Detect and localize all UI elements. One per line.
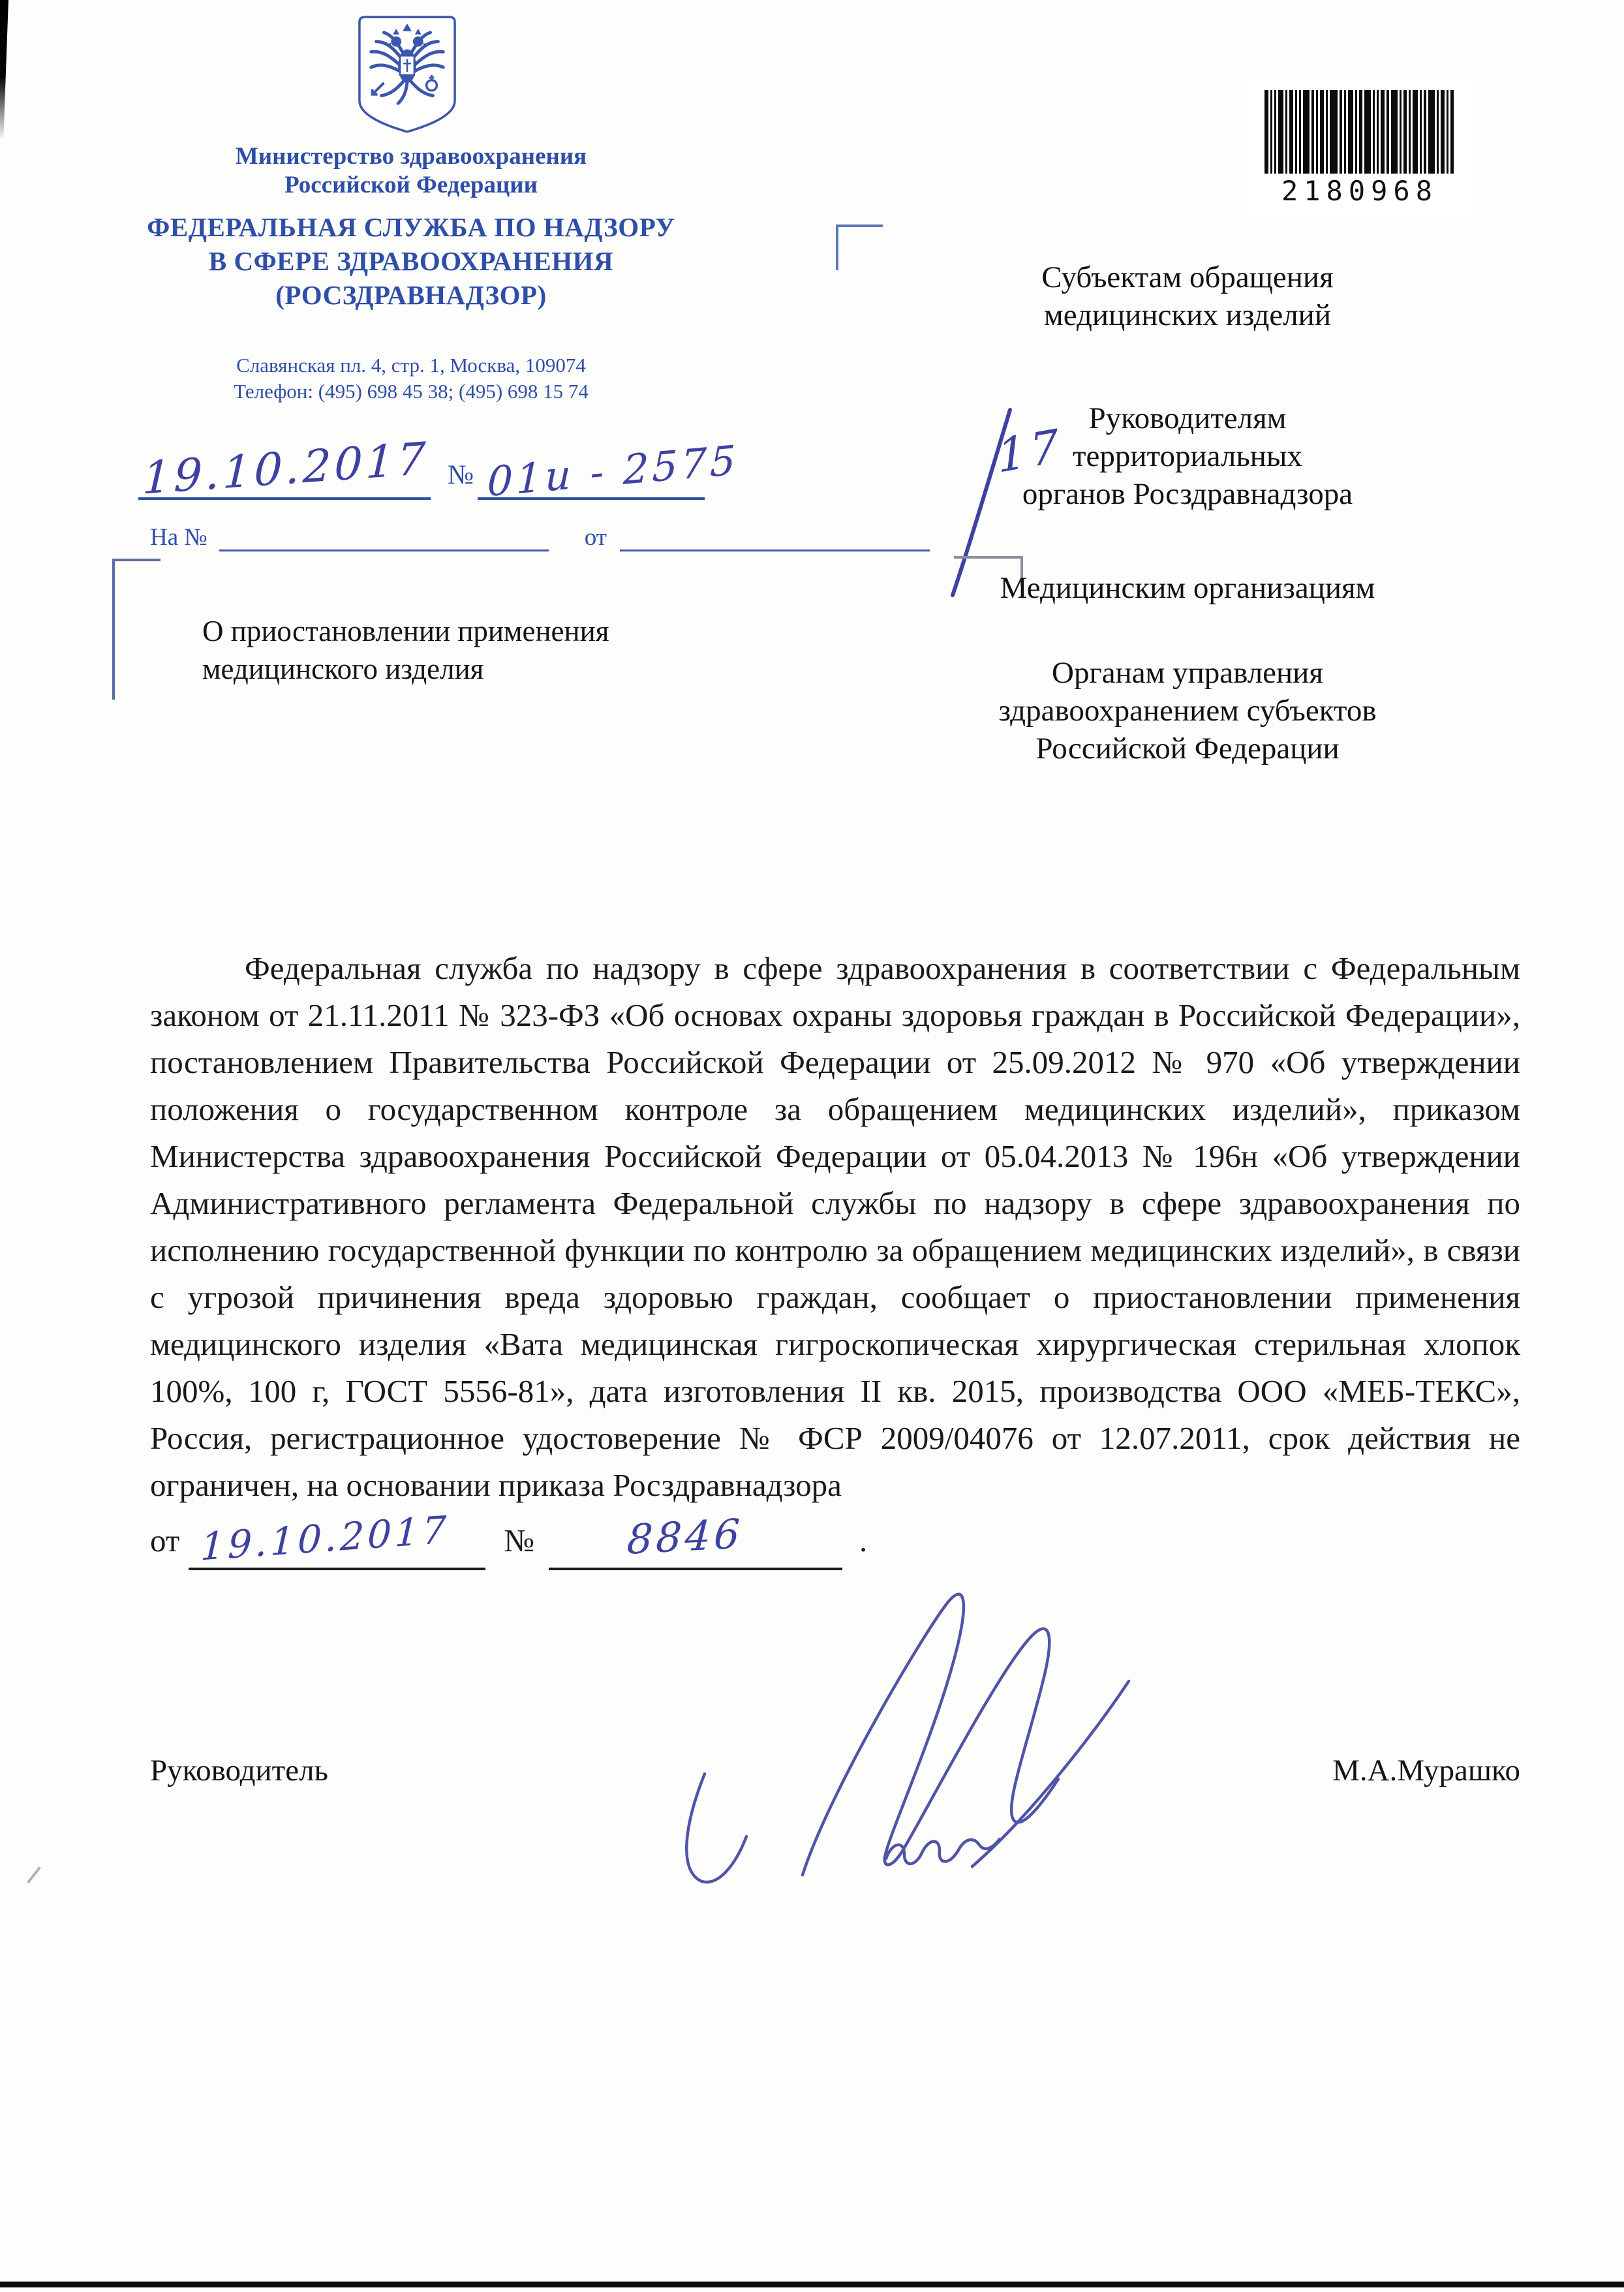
recipient-group-territorial-heads: Руководителям территориальных органов Ро… <box>848 399 1527 513</box>
recipient-line: медицинских изделий <box>848 296 1527 334</box>
recipient-line: Медицинским организациям <box>848 569 1527 607</box>
final-number-sign: № <box>504 1523 534 1558</box>
service-name-line1: ФЕДЕРАЛЬНАЯ СЛУЖБА ПО НАДЗОРУ <box>98 210 724 244</box>
ref-number-handwritten: 01и - 2575 <box>487 436 739 506</box>
recipient-line: территориальных <box>848 437 1527 475</box>
ref-date-handwritten: 19.10.2017 <box>142 433 429 504</box>
scan-artifact-bottom-edge <box>0 2282 1624 2287</box>
recipient-group-medical-orgs: Медицинским организациям <box>848 569 1527 607</box>
barcode-icon <box>1264 90 1455 174</box>
final-date-handwritten: 19.10.2017 <box>200 1500 450 1576</box>
service-name-line3: (РОСЗДРАВНАДЗОР) <box>98 278 724 312</box>
subject-line1: О приостановлении применения <box>202 612 737 650</box>
subject-line2: медицинского изделия <box>202 650 737 688</box>
ot-date-blank <box>620 516 930 551</box>
signatory-name: М.А.Мурашко <box>1332 1753 1520 1788</box>
final-number-handwritten: 8846 <box>626 1504 744 1570</box>
recipient-line: Российской Федерации <box>848 730 1527 767</box>
na-number-label: На № <box>150 524 207 551</box>
recipient-group-subjects: Субъектам обращения медицинских изделий <box>848 258 1527 334</box>
ref-number-field: 01и - 2575 <box>478 426 705 500</box>
ref-date-field: 19.10.2017 <box>138 426 431 500</box>
final-ot-label: от <box>150 1523 179 1558</box>
stray-pen-mark <box>27 1866 41 1883</box>
recipient-line: Органам управления <box>848 654 1527 692</box>
recipient-group-health-authorities: Органам управления здравоохранением субъ… <box>848 654 1527 767</box>
letter-body: Федеральная служба по надзору в сфере зд… <box>150 945 1520 1570</box>
document-page: Министерство здравоохранения Российской … <box>0 0 1624 2292</box>
recipient-line: органов Росздравнадзора <box>848 475 1527 513</box>
final-reference-line: от 19.10.2017 № 8846 . <box>150 1511 1520 1570</box>
ministry-name-line2: Российской Федерации <box>98 171 724 200</box>
left-corner-mark <box>112 559 161 700</box>
barcode-number: 2180968 <box>1245 175 1475 207</box>
service-name-line2: В СФЕРЕ ЗДРАВООХРАНЕНИЯ <box>98 244 724 278</box>
final-period: . <box>859 1523 867 1558</box>
org-contacts: Славянская пл. 4, стр. 1, Москва, 109074… <box>98 352 724 405</box>
ministry-name-line1: Министерство здравоохранения <box>98 142 724 171</box>
ministry-name: Министерство здравоохранения Российской … <box>98 142 724 200</box>
ref-number-sign: № <box>448 459 474 500</box>
coat-of-arms-icon <box>356 13 459 136</box>
signature-title: Руководитель <box>150 1753 328 1788</box>
org-address: Славянская пл. 4, стр. 1, Москва, 109074 <box>98 352 724 379</box>
org-phone: Телефон: (495) 698 45 38; (495) 698 15 7… <box>98 379 724 405</box>
final-date-field: 19.10.2017 <box>189 1515 485 1570</box>
signature-autograph <box>607 1585 1168 1911</box>
na-number-blank <box>219 516 549 551</box>
recipient-line: здравоохранением субъектов <box>848 692 1527 730</box>
ot-label: от <box>585 524 607 551</box>
subject: О приостановлении применения медицинског… <box>202 612 737 688</box>
scan-artifact-left-edge <box>0 0 8 140</box>
incoming-reference-line: На №от <box>150 516 930 551</box>
service-name: ФЕДЕРАЛЬНАЯ СЛУЖБА ПО НАДЗОРУ В СФЕРЕ ЗД… <box>98 210 724 312</box>
barcode-label: 2180968 <box>1245 77 1475 215</box>
recipient-line: Руководителям <box>848 399 1527 437</box>
reference-line: 19.10.2017 № 01и - 2575 <box>138 426 960 504</box>
recipient-line: Субъектам обращения <box>848 258 1527 296</box>
final-number-field: 8846 <box>549 1515 842 1570</box>
body-paragraph: Федеральная служба по надзору в сфере зд… <box>150 945 1520 1509</box>
